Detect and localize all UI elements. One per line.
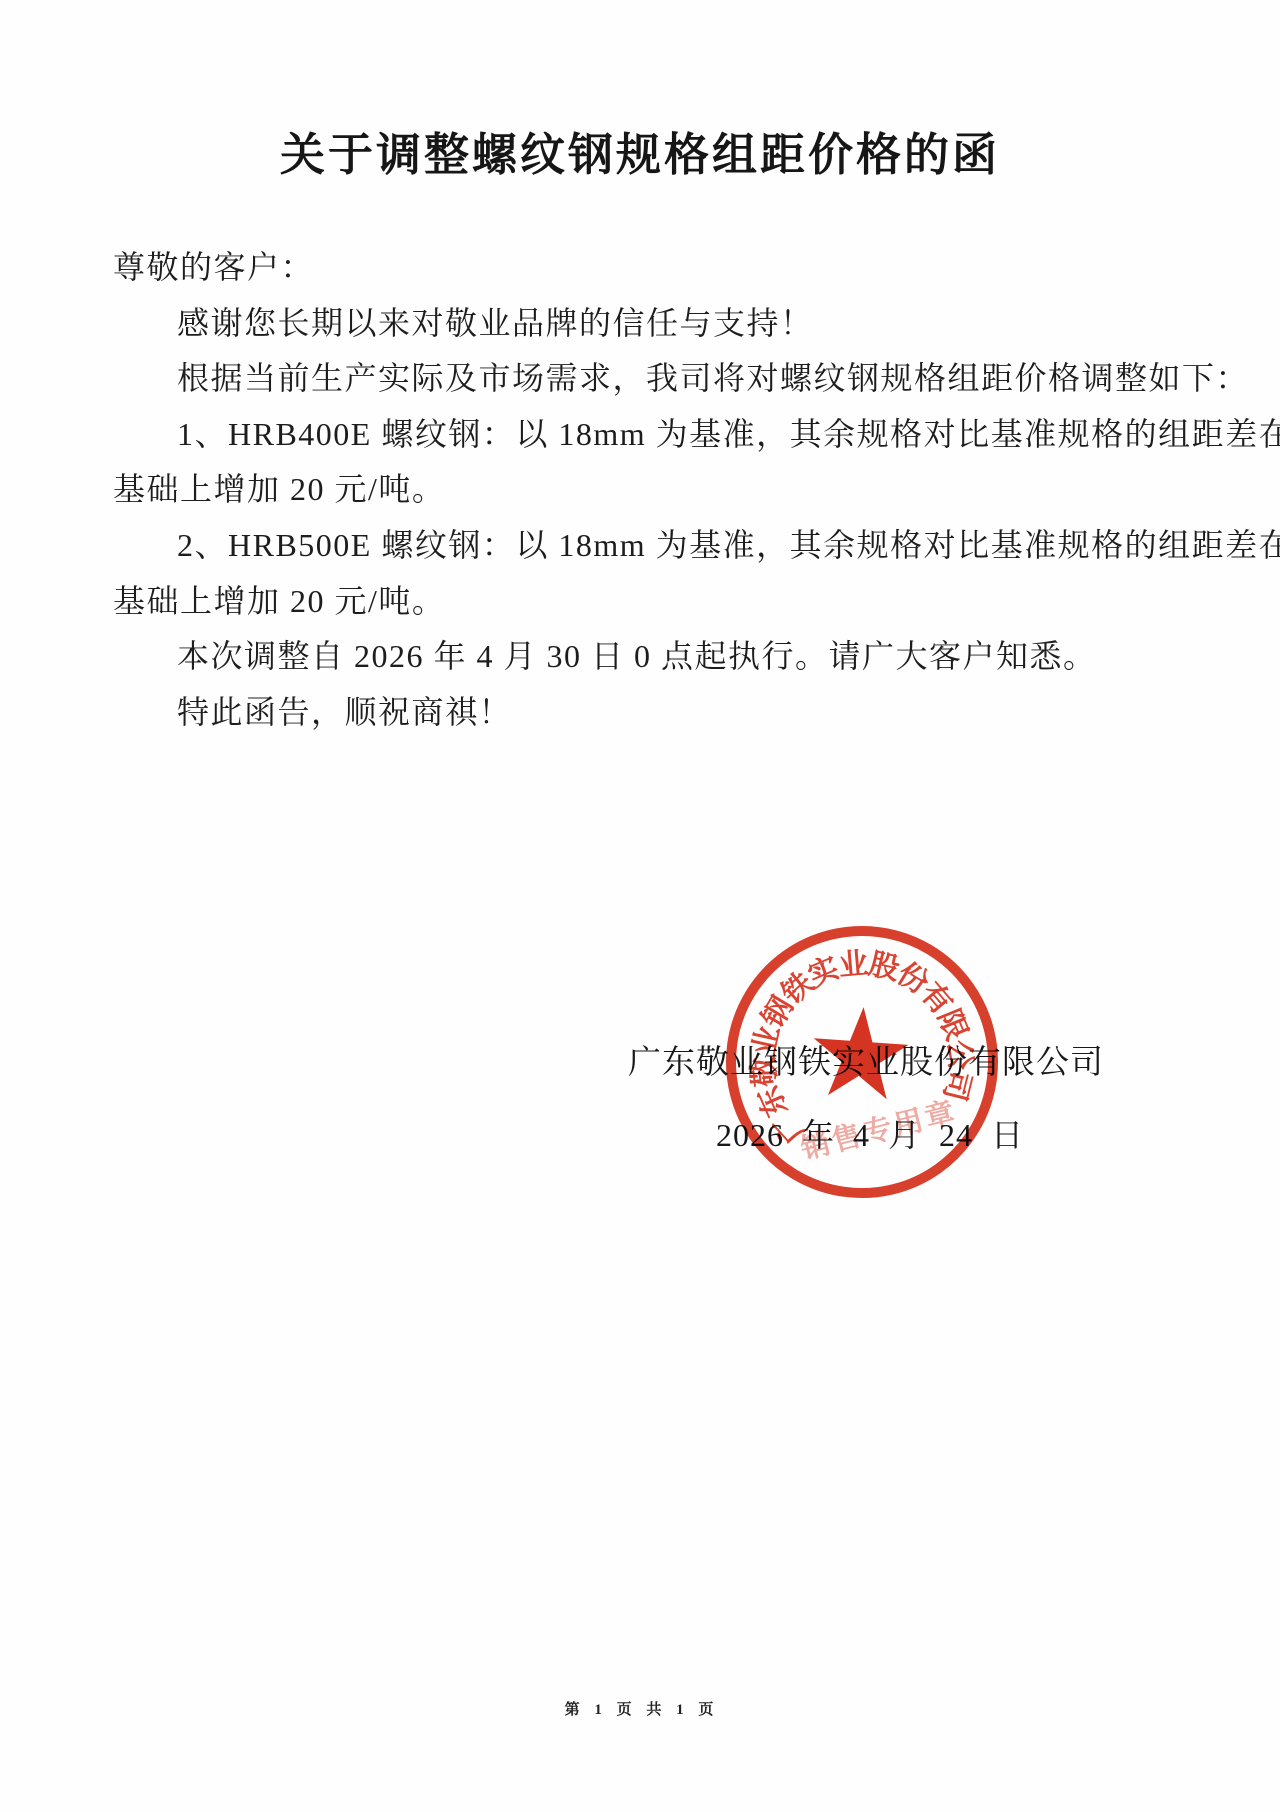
document-title: 关于调整螺纹钢规格组距价格的函 bbox=[0, 118, 1280, 183]
closing-line: 特此函告，顺祝商祺！ bbox=[113, 685, 1191, 741]
body-line: 本次调整自 2026 年 4 月 30 日 0 点起执行。请广大客户知悉。 bbox=[113, 629, 1191, 685]
page-number: 第 1 页 共 1 页 bbox=[0, 1698, 1280, 1719]
seal-arc-char: 敬 bbox=[738, 1055, 785, 1089]
document-page: 关于调整螺纹钢规格组距价格的函 尊敬的客户： 感谢您长期以来对敬业品牌的信任与支… bbox=[0, 0, 1280, 1812]
body-line: 基础上增加 20 元/吨。 bbox=[113, 574, 1191, 630]
document-body: 尊敬的客户： 感谢您长期以来对敬业品牌的信任与支持！ 根据当前生产实际及市场需求… bbox=[113, 240, 1191, 740]
seal-arc-char: 公 bbox=[940, 1038, 986, 1071]
body-line: 基础上增加 20 元/吨。 bbox=[113, 462, 1191, 518]
body-line: 感谢您长期以来对敬业品牌的信任与支持！ bbox=[113, 296, 1191, 352]
body-line: 根据当前生产实际及市场需求，我司将对螺纹钢规格组距价格调整如下： bbox=[113, 351, 1191, 407]
salutation-line: 尊敬的客户： bbox=[113, 240, 1191, 296]
body-line: 2、HRB500E 螺纹钢：以 18mm 为基准，其余规格对比基准规格的组距差在… bbox=[113, 518, 1191, 574]
body-line: 1、HRB400E 螺纹钢：以 18mm 为基准，其余规格对比基准规格的组距差在… bbox=[113, 407, 1191, 463]
company-seal-stamp: 广东敬业钢铁实业股份有限公司 ★ 销售专用章 bbox=[697, 897, 1027, 1227]
seal-arc-char: 业 bbox=[836, 938, 870, 984]
